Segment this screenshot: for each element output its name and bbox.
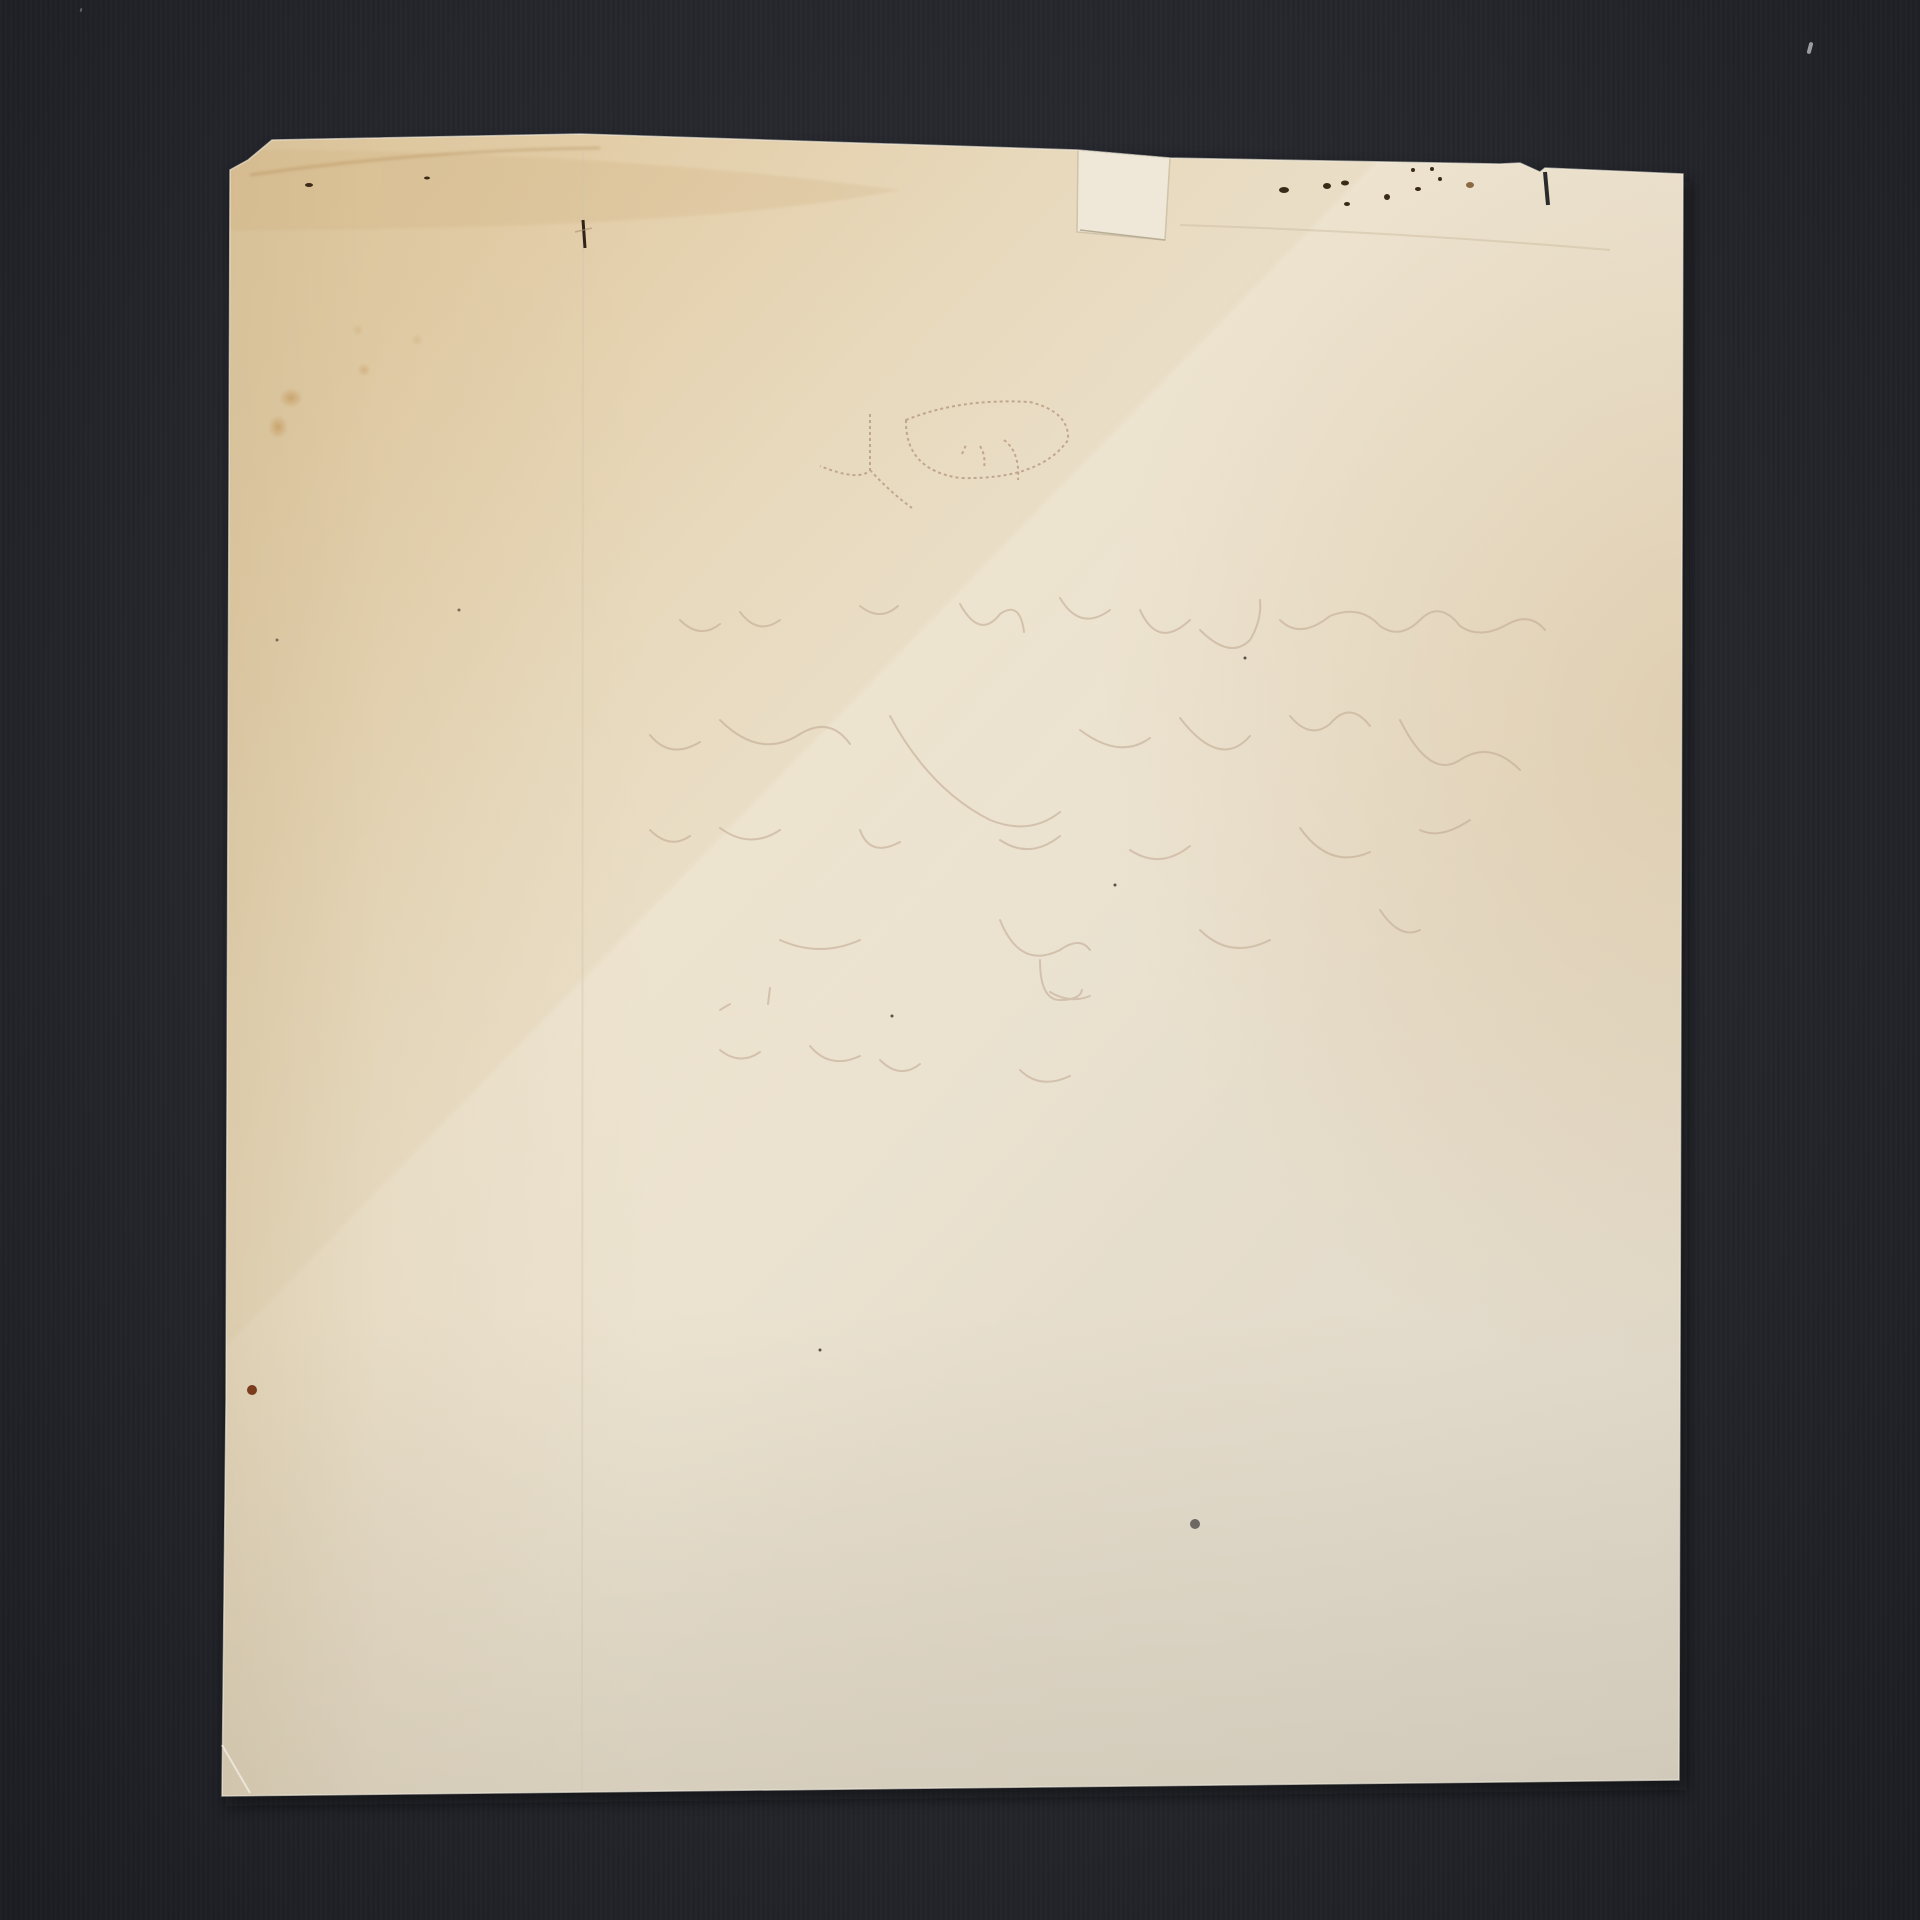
small-tear	[583, 220, 585, 248]
water-stain	[279, 388, 303, 408]
water-stain	[268, 415, 288, 439]
paper-sheet	[0, 0, 1920, 1920]
fold-crease	[582, 150, 583, 1790]
rust-spot	[247, 1385, 257, 1395]
water-stain	[352, 324, 364, 336]
water-stain	[357, 363, 371, 377]
water-stain	[411, 334, 423, 346]
stuck-paper-patch	[1077, 150, 1170, 240]
dark-dot	[1190, 1519, 1200, 1529]
photo-scene	[0, 0, 1920, 1920]
